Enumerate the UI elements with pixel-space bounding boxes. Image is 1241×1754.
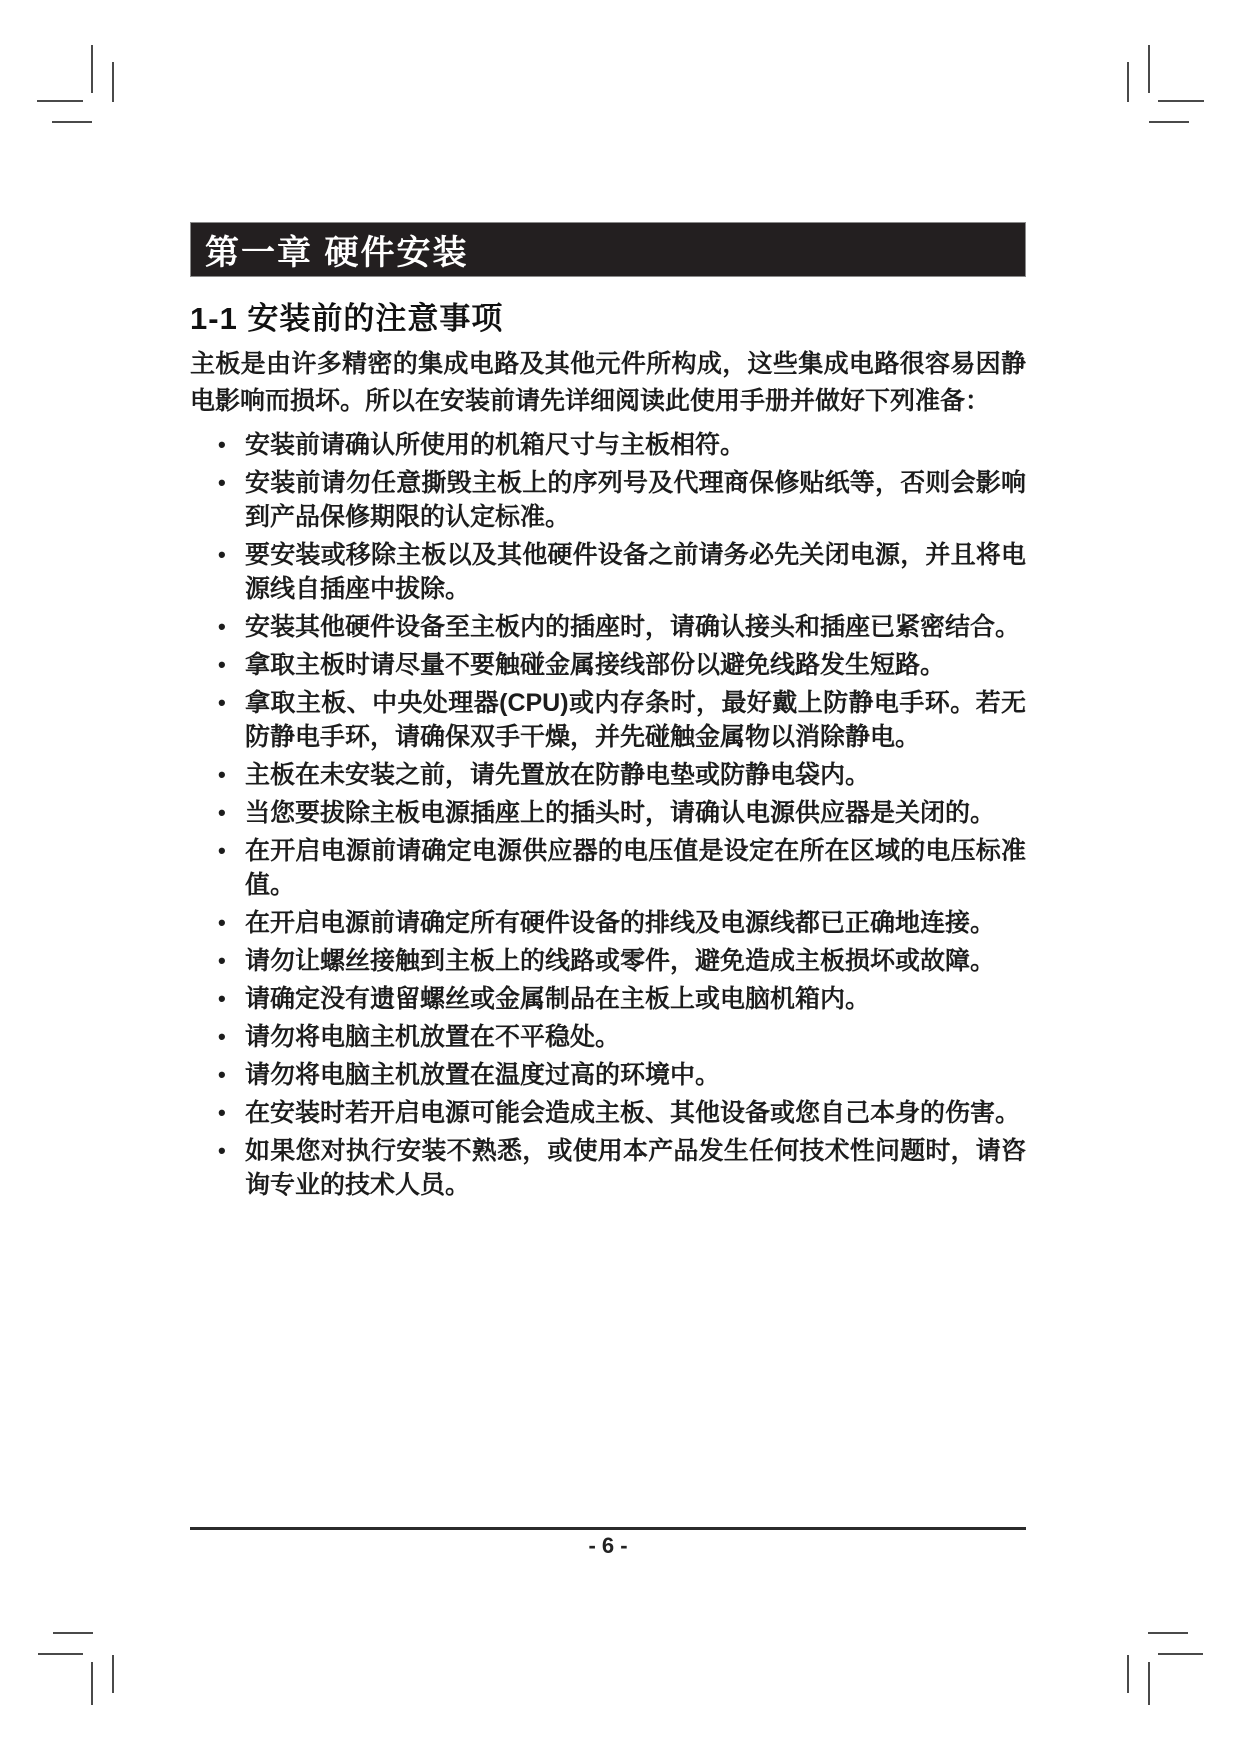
precaution-item: 请勿将电脑主机放置在不平稳处。 bbox=[245, 1020, 1026, 1054]
precaution-item: 如果您对执行安装不熟悉，或使用本产品发生任何技术性问题时，请咨询专业的技术人员。 bbox=[245, 1134, 1026, 1202]
precaution-item: 安装其他硬件设备至主板内的插座时，请确认接头和插座已紧密结合。 bbox=[245, 610, 1026, 644]
crop-mark bbox=[52, 121, 92, 123]
crop-mark bbox=[91, 45, 93, 93]
precaution-item: 拿取主板时请尽量不要触碰金属接线部份以避免线路发生短路。 bbox=[245, 648, 1026, 682]
precaution-list: 安装前请确认所使用的机箱尺寸与主板相符。安装前请勿任意撕毁主板上的序列号及代理商… bbox=[190, 428, 1026, 1202]
page-content: 第一章 硬件安装 1-1 安装前的注意事项 主板是由许多精密的集成电路及其他元件… bbox=[190, 222, 1026, 1206]
crop-mark bbox=[1148, 1662, 1150, 1705]
crop-mark bbox=[1148, 1632, 1188, 1634]
chapter-title: 第一章 硬件安装 bbox=[205, 225, 468, 274]
crop-mark bbox=[37, 100, 83, 102]
crop-mark bbox=[1158, 100, 1204, 102]
precaution-item: 拿取主板、中央处理器(CPU)或内存条时，最好戴上防静电手环。若无防静电手环，请… bbox=[245, 686, 1026, 754]
crop-mark bbox=[38, 1653, 83, 1655]
crop-mark bbox=[112, 1655, 114, 1693]
precaution-item: 安装前请确认所使用的机箱尺寸与主板相符。 bbox=[245, 428, 1026, 462]
crop-mark bbox=[91, 1662, 93, 1705]
precaution-item: 要安装或移除主板以及其他硬件设备之前请务必先关闭电源，并且将电源线自插座中拔除。 bbox=[245, 538, 1026, 606]
intro-paragraph: 主板是由许多精密的集成电路及其他元件所构成，这些集成电路很容易因静电影响而损坏。… bbox=[190, 346, 1026, 420]
precaution-item: 请勿将电脑主机放置在温度过高的环境中。 bbox=[245, 1058, 1026, 1092]
precaution-item: 当您要拔除主板电源插座上的插头时，请确认电源供应器是关闭的。 bbox=[245, 796, 1026, 830]
precaution-item: 在开启电源前请确定电源供应器的电压值是设定在所在区域的电压标准值。 bbox=[245, 834, 1026, 902]
crop-mark bbox=[1127, 62, 1129, 102]
crop-mark bbox=[1149, 121, 1189, 123]
crop-mark bbox=[1127, 1655, 1129, 1693]
precaution-item: 在开启电源前请确定所有硬件设备的排线及电源线都已正确地连接。 bbox=[245, 906, 1026, 940]
footer-divider bbox=[190, 1527, 1026, 1530]
section-title: 1-1 安装前的注意事项 bbox=[190, 293, 1026, 338]
precaution-item: 主板在未安装之前，请先置放在防静电垫或防静电袋内。 bbox=[245, 758, 1026, 792]
precaution-item: 安装前请勿任意撕毁主板上的序列号及代理商保修贴纸等，否则会影响到产品保修期限的认… bbox=[245, 466, 1026, 534]
crop-mark bbox=[1158, 1653, 1203, 1655]
page-number: - 6 - bbox=[190, 1533, 1026, 1559]
precaution-item: 在安装时若开启电源可能会造成主板、其他设备或您自己本身的伤害。 bbox=[245, 1096, 1026, 1130]
crop-mark bbox=[112, 62, 114, 102]
precaution-item: 请勿让螺丝接触到主板上的线路或零件，避免造成主板损坏或故障。 bbox=[245, 944, 1026, 978]
crop-mark bbox=[1148, 45, 1150, 93]
crop-mark bbox=[53, 1632, 93, 1634]
precaution-item: 请确定没有遗留螺丝或金属制品在主板上或电脑机箱内。 bbox=[245, 982, 1026, 1016]
chapter-header-bar: 第一章 硬件安装 bbox=[190, 222, 1026, 277]
manual-page: 第一章 硬件安装 1-1 安装前的注意事项 主板是由许多精密的集成电路及其他元件… bbox=[0, 0, 1241, 1754]
